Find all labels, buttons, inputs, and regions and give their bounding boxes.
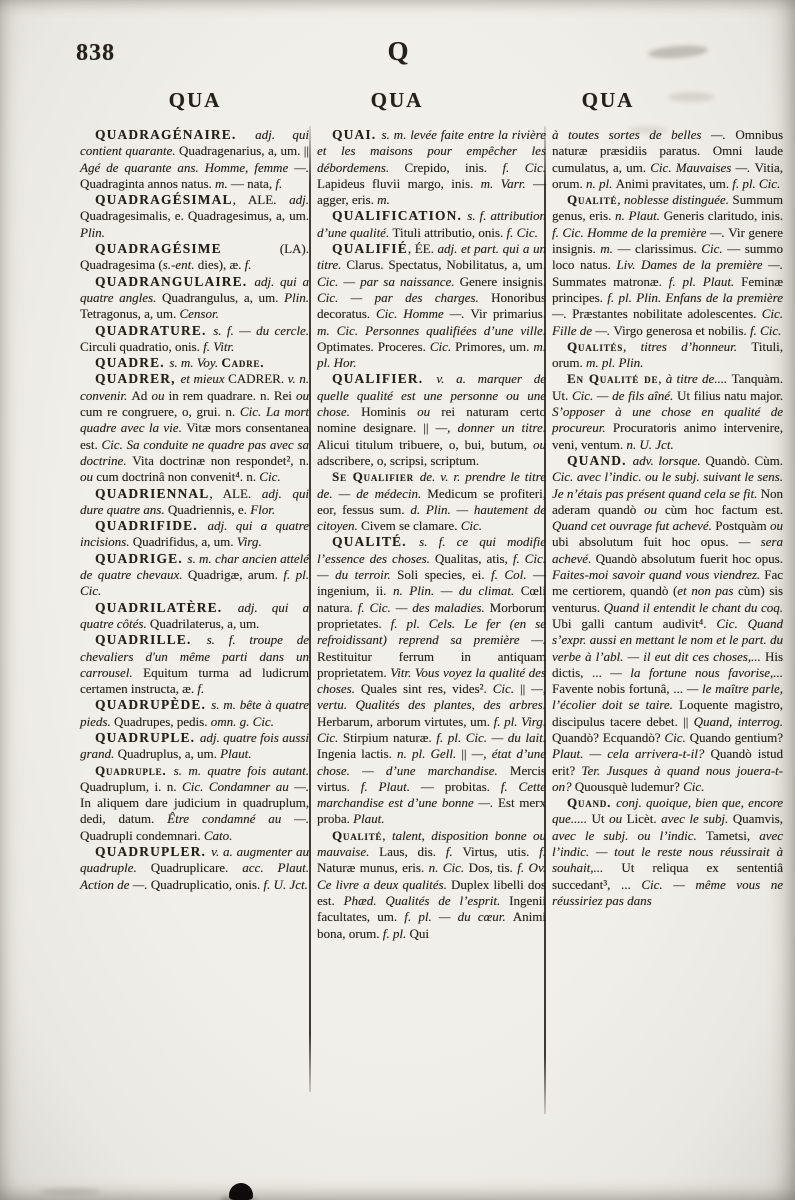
- entry-text: Favente nobis fortunâ, ...: [552, 681, 687, 696]
- entry-text: Generis claritudo, inis.: [664, 208, 783, 223]
- entry-text: Cic.: [493, 681, 520, 696]
- entry-text: Præstantes nobilitate adolescentes.: [572, 306, 762, 321]
- entry-text: Plin.: [80, 225, 105, 240]
- dictionary-entry: QUADRE. s. m. Voy. Cadre.: [80, 355, 309, 371]
- entry-text: cum doctrinâ non convenit⁴. n.: [96, 469, 259, 484]
- entry-text: f. pl.: [383, 926, 410, 941]
- entry-text: — clarissimus.: [617, 241, 701, 256]
- entry-text: Quand il entendit le chant du coq.: [604, 600, 783, 615]
- entry-text: omn. g. Cic.: [211, 714, 274, 729]
- entry-text: CADRER.: [228, 371, 288, 386]
- scan-smudge: [648, 44, 709, 60]
- entry-text: Quadragenarius, a, um. ||: [179, 143, 309, 158]
- entry-text: et non pas: [677, 583, 738, 598]
- entry-text: Dos, tis.: [469, 860, 518, 875]
- column-divider-left: [309, 126, 311, 1092]
- entry-text: Qui: [409, 926, 429, 941]
- page-number: 838: [76, 40, 115, 67]
- entry-text: Cato.: [204, 828, 233, 843]
- entry-headword: QUADRANGULAIRE.: [95, 274, 254, 289]
- dictionary-entry: QUADRAGÉNAIRE. adj. qui contient quarant…: [80, 127, 309, 192]
- entry-text: Liv. Dames de la première —.: [616, 257, 783, 272]
- entry-text: avec le subj. ou l’indic.: [552, 828, 706, 843]
- entry-text: ||: [520, 681, 531, 696]
- entry-text: Plaut. — cela arrivera-t-il?: [552, 746, 710, 761]
- entry-text: in rem quadrare. n. Rei: [169, 388, 296, 403]
- entry-text: Cic. — de fils aîné.: [572, 388, 677, 403]
- entry-headword: QUADRATURE.: [95, 323, 213, 338]
- entry-text: Quousquè ludemur?: [575, 779, 683, 794]
- entry-text: — la fortune nous favorise,...: [610, 665, 783, 680]
- entry-text: Quales sint res, vides².: [361, 681, 493, 696]
- text-column-1: QUADRAGÉNAIRE. adj. qui contient quarant…: [80, 127, 309, 893]
- entry-text: Cic.: [664, 730, 689, 745]
- dictionary-entry: QUADRAGÉSIMAL, ALE. adj. Quadragesimalis…: [80, 192, 309, 241]
- entry-text: Cic.: [259, 469, 280, 484]
- dictionary-entry: QUADRUPÈDE. s. m. bête à quatre pieds. Q…: [80, 697, 309, 730]
- entry-text: f. Col.: [491, 567, 533, 582]
- entry-text: ou: [80, 469, 96, 484]
- entry-text: f. Cic.: [506, 225, 537, 240]
- entry-text: cum re congruere, o, grui. n.: [80, 404, 240, 419]
- entry-text: Virg.: [237, 534, 262, 549]
- dictionary-entry: QUADRIENNAL, ALE. adj. qui dure quatre a…: [80, 486, 309, 519]
- entry-headword: QUADRAGÉNAIRE.: [95, 127, 255, 142]
- entry-text: cùm hoc factum est.: [665, 502, 783, 517]
- entry-text: f. pl. Cic.: [732, 176, 780, 191]
- entry-headword: Qualité: [332, 828, 382, 843]
- entry-text: Qualitas, atis,: [435, 551, 513, 566]
- entry-text: Vir primarius.: [470, 306, 546, 321]
- scan-smudge: [40, 1188, 100, 1195]
- entry-text: Licèt.: [627, 811, 661, 826]
- entry-text: ,: [623, 339, 641, 354]
- entry-text: Cic. — par sa naissance.: [317, 274, 460, 289]
- entry-text: Quadrilaterus, a, um.: [150, 616, 259, 631]
- entry-text: Animi pravitates, um.: [616, 176, 733, 191]
- dictionary-entry: QUADRAGÉSIME (LA). Quadragesima (s.-ent.…: [80, 241, 309, 274]
- entry-text: Censor.: [179, 306, 218, 321]
- ink-blot: [229, 1183, 253, 1200]
- entry-text: s. m. quatre fois autant.: [174, 763, 309, 778]
- entry-text: Quadrifidus, a, um.: [133, 534, 237, 549]
- dictionary-entry: Qualité, noblesse distinguée. Summum gen…: [552, 192, 783, 339]
- entry-text: Quando gentium?: [690, 730, 783, 745]
- entry-text: m. Cic. Personnes qualifiées d’une ville…: [317, 323, 546, 338]
- entry-text: ||: [461, 746, 471, 761]
- entry-text: Ut filius natu major.: [677, 388, 783, 403]
- dictionary-entry: QUALIFIER. v. a. marquer de quelle quali…: [317, 371, 546, 469]
- entry-text: Cic. avec l’indic. ou le subj. suivant l…: [552, 469, 783, 500]
- entry-text: Optimates. Proceres.: [317, 339, 430, 354]
- entry-text: Quadruplum, i. n.: [80, 779, 182, 794]
- text-column-3: à toutes sortes de belles —. Omnibus nat…: [552, 127, 783, 909]
- entry-headword: QUAI.: [332, 127, 382, 142]
- running-head-left: QUA: [150, 88, 240, 113]
- entry-text: ,: [382, 828, 392, 843]
- entry-text: Ad: [131, 388, 151, 403]
- entry-text: Herbarum, arborum virtutes, um.: [317, 714, 494, 729]
- entry-text: Cic. Mauvaises —.: [650, 160, 754, 175]
- entry-text: adv. lorsque.: [633, 453, 706, 468]
- entry-text: Quadriennis, e.: [168, 502, 250, 517]
- entry-text: ou: [644, 502, 665, 517]
- entry-text: Ingenia lactis.: [317, 746, 397, 761]
- entry-headword: QUADRE.: [95, 355, 169, 370]
- dictionary-entry: Qualités, titres d’honneur. Tituli, orum…: [552, 339, 783, 372]
- dictionary-entry: QUADRANGULAIRE. adj. qui a quatre angles…: [80, 274, 309, 323]
- entry-text: Civem se clamare.: [361, 518, 461, 533]
- entry-text: Cic.: [683, 779, 704, 794]
- entry-headword: QUALITÉ.: [332, 534, 419, 549]
- dictionary-entry: QUADRILLE. s. f. troupe de chevaliers d'…: [80, 632, 309, 697]
- entry-text: Quadrangulus, a, um.: [162, 290, 284, 305]
- entry-headword: QUADRAGÉSIMAL: [95, 192, 233, 207]
- entry-text: Lapideus fluvii margo, inis.: [317, 176, 481, 191]
- entry-text: , ALE.: [209, 486, 261, 501]
- entry-headword: QUADRAGÉSIME: [95, 241, 280, 256]
- entry-text: f. Plaut.: [361, 779, 421, 794]
- entry-text: m. pl. Plin.: [586, 355, 643, 370]
- entry-text: m. Varr.: [481, 176, 533, 191]
- dictionary-entry: En Qualité de, à titre de.... Tanquàm. U…: [552, 371, 783, 452]
- entry-text: s.-ent.: [163, 257, 198, 272]
- entry-text: Quandò absolutum fuerit hoc opus.: [596, 551, 783, 566]
- entry-text: n. Cic.: [429, 860, 469, 875]
- entry-text: Cic. — par des charges.: [317, 290, 491, 305]
- dictionary-entry: QUALIFIÉ, ÉE. adj. et part. qui a un tit…: [317, 241, 546, 371]
- entry-text: à titre de....: [666, 371, 732, 386]
- entry-headword: QUADRILLE.: [95, 632, 207, 647]
- entry-text: Quadruplicare.: [151, 860, 243, 875]
- entry-text: Quadrupes, pedis.: [114, 714, 211, 729]
- entry-text: Postquàm: [715, 518, 770, 533]
- entry-text: ou: [296, 388, 309, 403]
- dictionary-entry: Quadruple. s. m. quatre fois autant. Qua…: [80, 763, 309, 844]
- entry-text: ,: [617, 192, 624, 207]
- entry-text: ou: [533, 437, 546, 452]
- dictionary-entry: QUADRATURE. s. f. — du cercle. Circuli q…: [80, 323, 309, 356]
- entry-text: n. pl. Gell.: [397, 746, 461, 761]
- scan-smudge: [668, 92, 714, 102]
- dictionary-entry: QUADRIFIDE. adj. qui a quatre incisions.…: [80, 518, 309, 551]
- entry-text: Quandò? Ecquandò?: [552, 730, 664, 745]
- entry-headword: QUADRIGE.: [95, 551, 187, 566]
- dictionary-entry: QUADRIGE. s. m. char ancien attelé de qu…: [80, 551, 309, 600]
- entry-text: — nata,: [231, 176, 275, 191]
- dictionary-entry: QUAI. s. m. levée faite entre la rivière…: [317, 127, 546, 208]
- entry-headword: QUADRUPÈDE.: [95, 697, 211, 712]
- scanned-page: 838 Q QUA QUA QUA QUADRAGÉNAIRE. adj. qu…: [0, 0, 795, 1200]
- entry-text: Plaut.: [220, 746, 251, 761]
- entry-headword: Se Qualifier: [332, 469, 420, 484]
- entry-text: avec le subj.: [661, 811, 733, 826]
- entry-headword: Cadre.: [221, 355, 264, 370]
- entry-text: Phæd. Qualités de l’esprit.: [344, 893, 510, 908]
- entry-text: f. pl. Cic. — du lait.: [436, 730, 546, 745]
- scan-smudge: [628, 126, 668, 134]
- entry-text: Laus, dis.: [379, 844, 446, 859]
- entry-text: ou: [770, 518, 783, 533]
- entry-text: et mieux: [181, 371, 229, 386]
- entry-headword: Qualité: [567, 192, 617, 207]
- entry-text: n. pl.: [586, 176, 616, 191]
- entry-headword: QUAND.: [567, 453, 633, 468]
- entry-text: dies), æ.: [198, 257, 245, 272]
- entry-text: f. Cic. Homme de la première —.: [552, 225, 728, 240]
- dictionary-entry: à toutes sortes de belles —. Omnibus nat…: [552, 127, 783, 192]
- entry-text: f.: [539, 844, 546, 859]
- entry-text: Soli species, ei.: [397, 567, 491, 582]
- entry-text: Quadruplicatio, onis.: [151, 877, 264, 892]
- entry-headword: QUADRER,: [95, 371, 181, 386]
- entry-text: f.: [275, 176, 282, 191]
- entry-text: Cic.: [430, 339, 455, 354]
- entry-text: m.: [600, 241, 617, 256]
- entry-text: Quand cet ouvrage fut achevé.: [552, 518, 715, 533]
- dictionary-entry: Quand. conj. quoique, bien que, encore q…: [552, 795, 783, 909]
- section-letter: Q: [378, 36, 418, 67]
- dictionary-entry: QUALITÉ. s. f. ce qui modifie l’essence …: [317, 534, 546, 827]
- dictionary-entry: QUALIFICATION. s. f. attribution d’une q…: [317, 208, 546, 241]
- entry-text: Stirpium naturæ.: [343, 730, 436, 745]
- entry-text: s. m. Voy.: [169, 355, 221, 370]
- entry-text: Virgo generosa et nobilis.: [613, 323, 750, 338]
- entry-text: Virtus, utis.: [462, 844, 539, 859]
- dictionary-entry: QUADRER, et mieux CADRER. v. n. convenir…: [80, 371, 309, 485]
- entry-text: n. Plaut.: [615, 208, 664, 223]
- entry-text: Quadrigæ, arum.: [188, 567, 283, 582]
- entry-text: f. Cic.: [502, 160, 546, 175]
- entry-text: m.: [215, 176, 231, 191]
- entry-text: Agé de quarante ans. Homme, femme —.: [80, 160, 309, 175]
- text-column-2: QUAI. s. m. levée faite entre la rivière…: [317, 127, 546, 942]
- entry-text: adscribere, o, scripsi, scriptum.: [317, 453, 479, 468]
- entry-text: Hominis: [361, 404, 417, 419]
- entry-text: , ALE.: [233, 192, 290, 207]
- entry-text: ,: [658, 371, 666, 386]
- dictionary-entry: QUADRILATÈRE. adj. qui a quatre côtés. Q…: [80, 600, 309, 633]
- entry-text: Ubi galli cantum audivit⁴.: [552, 616, 716, 631]
- entry-text: ou: [609, 811, 627, 826]
- entry-text: n. U. Jct.: [626, 437, 673, 452]
- dictionary-entry: QUAND. adv. lorsque. Quandò. Cùm. Cic. a…: [552, 453, 783, 795]
- entry-text: Cic. Homme —.: [376, 306, 470, 321]
- entry-text: Plin.: [284, 290, 309, 305]
- running-head-center: QUA: [352, 88, 442, 113]
- dictionary-entry: Se Qualifier de. v. r. prendre le titre …: [317, 469, 546, 534]
- entry-text: —, donner un titre.: [436, 420, 546, 435]
- entry-text: Clarus. Spectatus, Nobilitatus, a, um.: [346, 257, 546, 272]
- entry-headword: QUALIFIER.: [332, 371, 436, 386]
- entry-text: m.: [377, 192, 390, 207]
- entry-headword: QUADRUPLER.: [95, 844, 211, 859]
- entry-text: ou: [151, 388, 168, 403]
- entry-text: Être condamné au —.: [167, 811, 309, 826]
- entry-text: ou: [417, 404, 441, 419]
- entry-headword: En Qualité de: [567, 371, 658, 386]
- entry-text: Cic.: [461, 518, 482, 533]
- entry-text: ubi absolutum fuit hoc opus.: [552, 534, 739, 549]
- entry-text: f. Cic.: [750, 323, 781, 338]
- entry-text: Quadruplus, a, um.: [118, 746, 221, 761]
- entry-headword: Quand.: [567, 795, 616, 810]
- entry-text: Tituli attributio, onis.: [392, 225, 506, 240]
- entry-text: Tametsi,: [706, 828, 759, 843]
- dictionary-entry: QUADRUPLE. adj. quatre fois aussi grand.…: [80, 730, 309, 763]
- entry-text: Circuli quadratio, onis.: [80, 339, 203, 354]
- dictionary-entry: QUADRUPLER. v. a. augmenter au quadruple…: [80, 844, 309, 893]
- entry-text: f. Vitr.: [203, 339, 234, 354]
- entry-text: n. Plin. — du climat.: [393, 583, 521, 598]
- running-head-right: QUA: [563, 88, 653, 113]
- entry-text: Vita doctrinæ non respondet², n.: [132, 453, 309, 468]
- entry-text: Alicui titulum tribuere, o, bui, butum,: [317, 437, 533, 452]
- entry-text: Naturæ munus, eris.: [317, 860, 429, 875]
- entry-text: Tetragonus, a, um.: [80, 306, 179, 321]
- entry-text: s. f. — du cercle.: [213, 323, 309, 338]
- entry-text: f.: [446, 844, 463, 859]
- entry-text: noblesse distinguée.: [624, 192, 732, 207]
- entry-text: Primores, um.: [455, 339, 533, 354]
- entry-text: adj.: [289, 192, 309, 207]
- entry-headword: QUALIFICATION.: [332, 208, 467, 223]
- entry-headword: Quadruple.: [95, 763, 174, 778]
- entry-text: Summates matronæ.: [552, 274, 669, 289]
- entry-headword: QUADRUPLE.: [95, 730, 200, 745]
- entry-text: Cic. Condamner au —.: [182, 779, 309, 794]
- entry-headword: Qualités: [567, 339, 623, 354]
- entry-text: Plaut.: [353, 811, 384, 826]
- entry-text: — probitas.: [421, 779, 501, 794]
- entry-headword: QUADRILATÈRE.: [95, 600, 238, 615]
- entry-text: Quand, interrog.: [694, 714, 783, 729]
- entry-text: titres d’honneur.: [641, 339, 752, 354]
- entry-text: Quadraginta annos natus.: [80, 176, 215, 191]
- entry-text: Genere insignis.: [460, 274, 546, 289]
- entry-text: Crepido, inis.: [404, 160, 502, 175]
- entry-text: Cic.: [701, 241, 727, 256]
- entry-text: Quadragesimalis, e. Quadragesimus, a, um…: [80, 208, 309, 223]
- entry-text: f. U. Jct.: [263, 877, 307, 892]
- entry-text: , ÉE.: [408, 241, 438, 256]
- entry-text: Quadrupli condemnari.: [80, 828, 204, 843]
- entry-text: Faites-moi savoir quand vous viendrez.: [552, 567, 764, 582]
- entry-headword: QUADRIENNAL: [95, 486, 209, 501]
- entry-text: Ut: [592, 811, 610, 826]
- entry-text: f.: [197, 681, 204, 696]
- entry-headword: QUADRIFIDE.: [95, 518, 208, 533]
- entry-text: f.: [245, 257, 252, 272]
- dictionary-entry: Qualité, talent, disposition bonne ou ma…: [317, 828, 546, 942]
- entry-text: Quandò. Cùm.: [705, 453, 783, 468]
- entry-headword: QUALIFIÉ: [332, 241, 408, 256]
- entry-text: Quamvis,: [733, 811, 783, 826]
- entry-text: f. Cic. — des maladies.: [358, 600, 490, 615]
- entry-text: Flor.: [250, 502, 275, 517]
- entry-text: f. pl. — du cœur.: [404, 909, 513, 924]
- entry-text: f. pl. Plaut.: [669, 274, 741, 289]
